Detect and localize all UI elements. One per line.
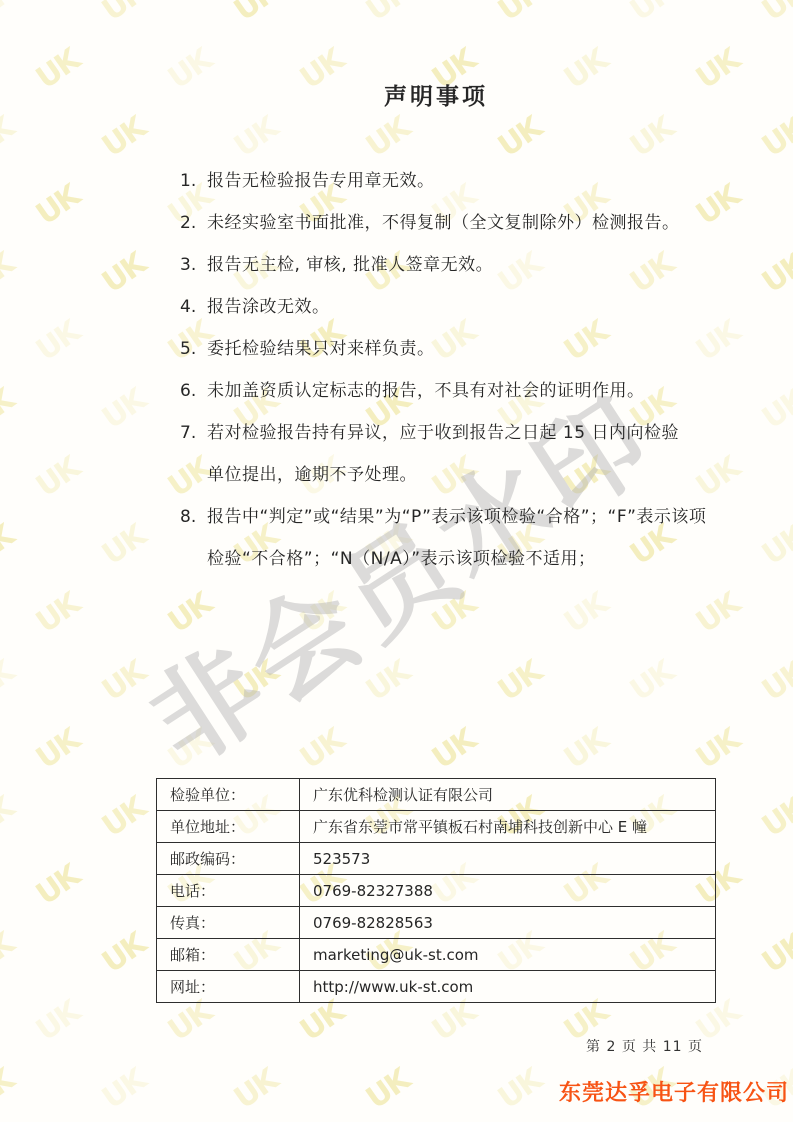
list-item-text: 未加盖资质认定标志的报告，不具有对社会的证明作用。 xyxy=(207,370,728,412)
list-item: 5. 委托检验结果只对来样负责。 xyxy=(180,328,728,370)
page-title: 声明事项 xyxy=(156,78,716,111)
list-item-number: 4. xyxy=(180,286,207,328)
row-label: 邮政编码： xyxy=(157,843,300,875)
list-item: 2. 未经实验室书面批准，不得复制（全文复制除外）检测报告。 xyxy=(180,202,728,244)
row-value: http://www.uk-st.com xyxy=(300,971,716,1003)
table-row: 邮箱： marketing@uk-st.com xyxy=(157,939,716,971)
list-item-number: 8. xyxy=(180,496,207,580)
table-row: 邮政编码： 523573 xyxy=(157,843,716,875)
list-item: 4. 报告涂改无效。 xyxy=(180,286,728,328)
row-value: 广东省东莞市常平镇板石村南埔科技创新中心 E 幢 xyxy=(300,811,716,843)
list-item-text: 单位提出，逾期不予处理。 xyxy=(207,454,728,496)
declaration-list: 1. 报告无检验报告专用章无效。 2. 未经实验室书面批准，不得复制（全文复制除… xyxy=(180,160,728,580)
table-row: 单位地址： 广东省东莞市常平镇板石村南埔科技创新中心 E 幢 xyxy=(157,811,716,843)
row-label: 网址： xyxy=(157,971,300,1003)
company-stamp-text: 东莞达孚电子有限公司 xyxy=(559,1076,789,1107)
document-page: 声明事项 1. 报告无检验报告专用章无效。 2. 未经实验室书面批准，不得复制（… xyxy=(0,0,793,1122)
row-value: 523573 xyxy=(300,843,716,875)
table-row: 网址： http://www.uk-st.com xyxy=(157,971,716,1003)
table-row: 传真： 0769-82828563 xyxy=(157,907,716,939)
list-item-text: 若对检验报告持有异议，应于收到报告之日起 15 日内向检验 xyxy=(207,412,728,454)
row-label: 传真： xyxy=(157,907,300,939)
list-item-text: 检验“不合格”；“N（N/A）”表示该项检验不适用； xyxy=(207,538,728,580)
list-item-text: 未经实验室书面批准，不得复制（全文复制除外）检测报告。 xyxy=(207,202,728,244)
list-item: 6. 未加盖资质认定标志的报告，不具有对社会的证明作用。 xyxy=(180,370,728,412)
list-item: 3. 报告无主检, 审核, 批准人签章无效。 xyxy=(180,244,728,286)
row-value: 0769-82327388 xyxy=(300,875,716,907)
row-label: 邮箱： xyxy=(157,939,300,971)
list-item-number: 2. xyxy=(180,202,207,244)
list-item-text: 委托检验结果只对来样负责。 xyxy=(207,328,728,370)
list-item-number: 1. xyxy=(180,160,207,202)
row-value: marketing@uk-st.com xyxy=(300,939,716,971)
page-number-footer: 第 2 页 共 11 页 xyxy=(586,1036,703,1056)
list-item-text: 报告涂改无效。 xyxy=(207,286,728,328)
list-item-text: 报告无主检, 审核, 批准人签章无效。 xyxy=(207,244,728,286)
list-item-text: 报告中“判定”或“结果”为“P”表示该项检验“合格”；“F”表示该项 xyxy=(207,496,728,538)
row-label: 检验单位： xyxy=(157,779,300,811)
row-label: 电话： xyxy=(157,875,300,907)
list-item-number: 3. xyxy=(180,244,207,286)
table-row: 检验单位： 广东优科检测认证有限公司 xyxy=(157,779,716,811)
list-item-number: 6. xyxy=(180,370,207,412)
list-item-number: 5. xyxy=(180,328,207,370)
row-value: 0769-82828563 xyxy=(300,907,716,939)
list-item-text: 报告无检验报告专用章无效。 xyxy=(207,160,728,202)
row-label: 单位地址： xyxy=(157,811,300,843)
list-item: 1. 报告无检验报告专用章无效。 xyxy=(180,160,728,202)
contact-info-table: 检验单位： 广东优科检测认证有限公司 单位地址： 广东省东莞市常平镇板石村南埔科… xyxy=(156,778,716,1003)
list-item: 8. 报告中“判定”或“结果”为“P”表示该项检验“合格”；“F”表示该项 检验… xyxy=(180,496,728,580)
list-item-number: 7. xyxy=(180,412,207,496)
row-value: 广东优科检测认证有限公司 xyxy=(300,779,716,811)
list-item: 7. 若对检验报告持有异议，应于收到报告之日起 15 日内向检验 单位提出，逾期… xyxy=(180,412,728,496)
table-row: 电话： 0769-82327388 xyxy=(157,875,716,907)
